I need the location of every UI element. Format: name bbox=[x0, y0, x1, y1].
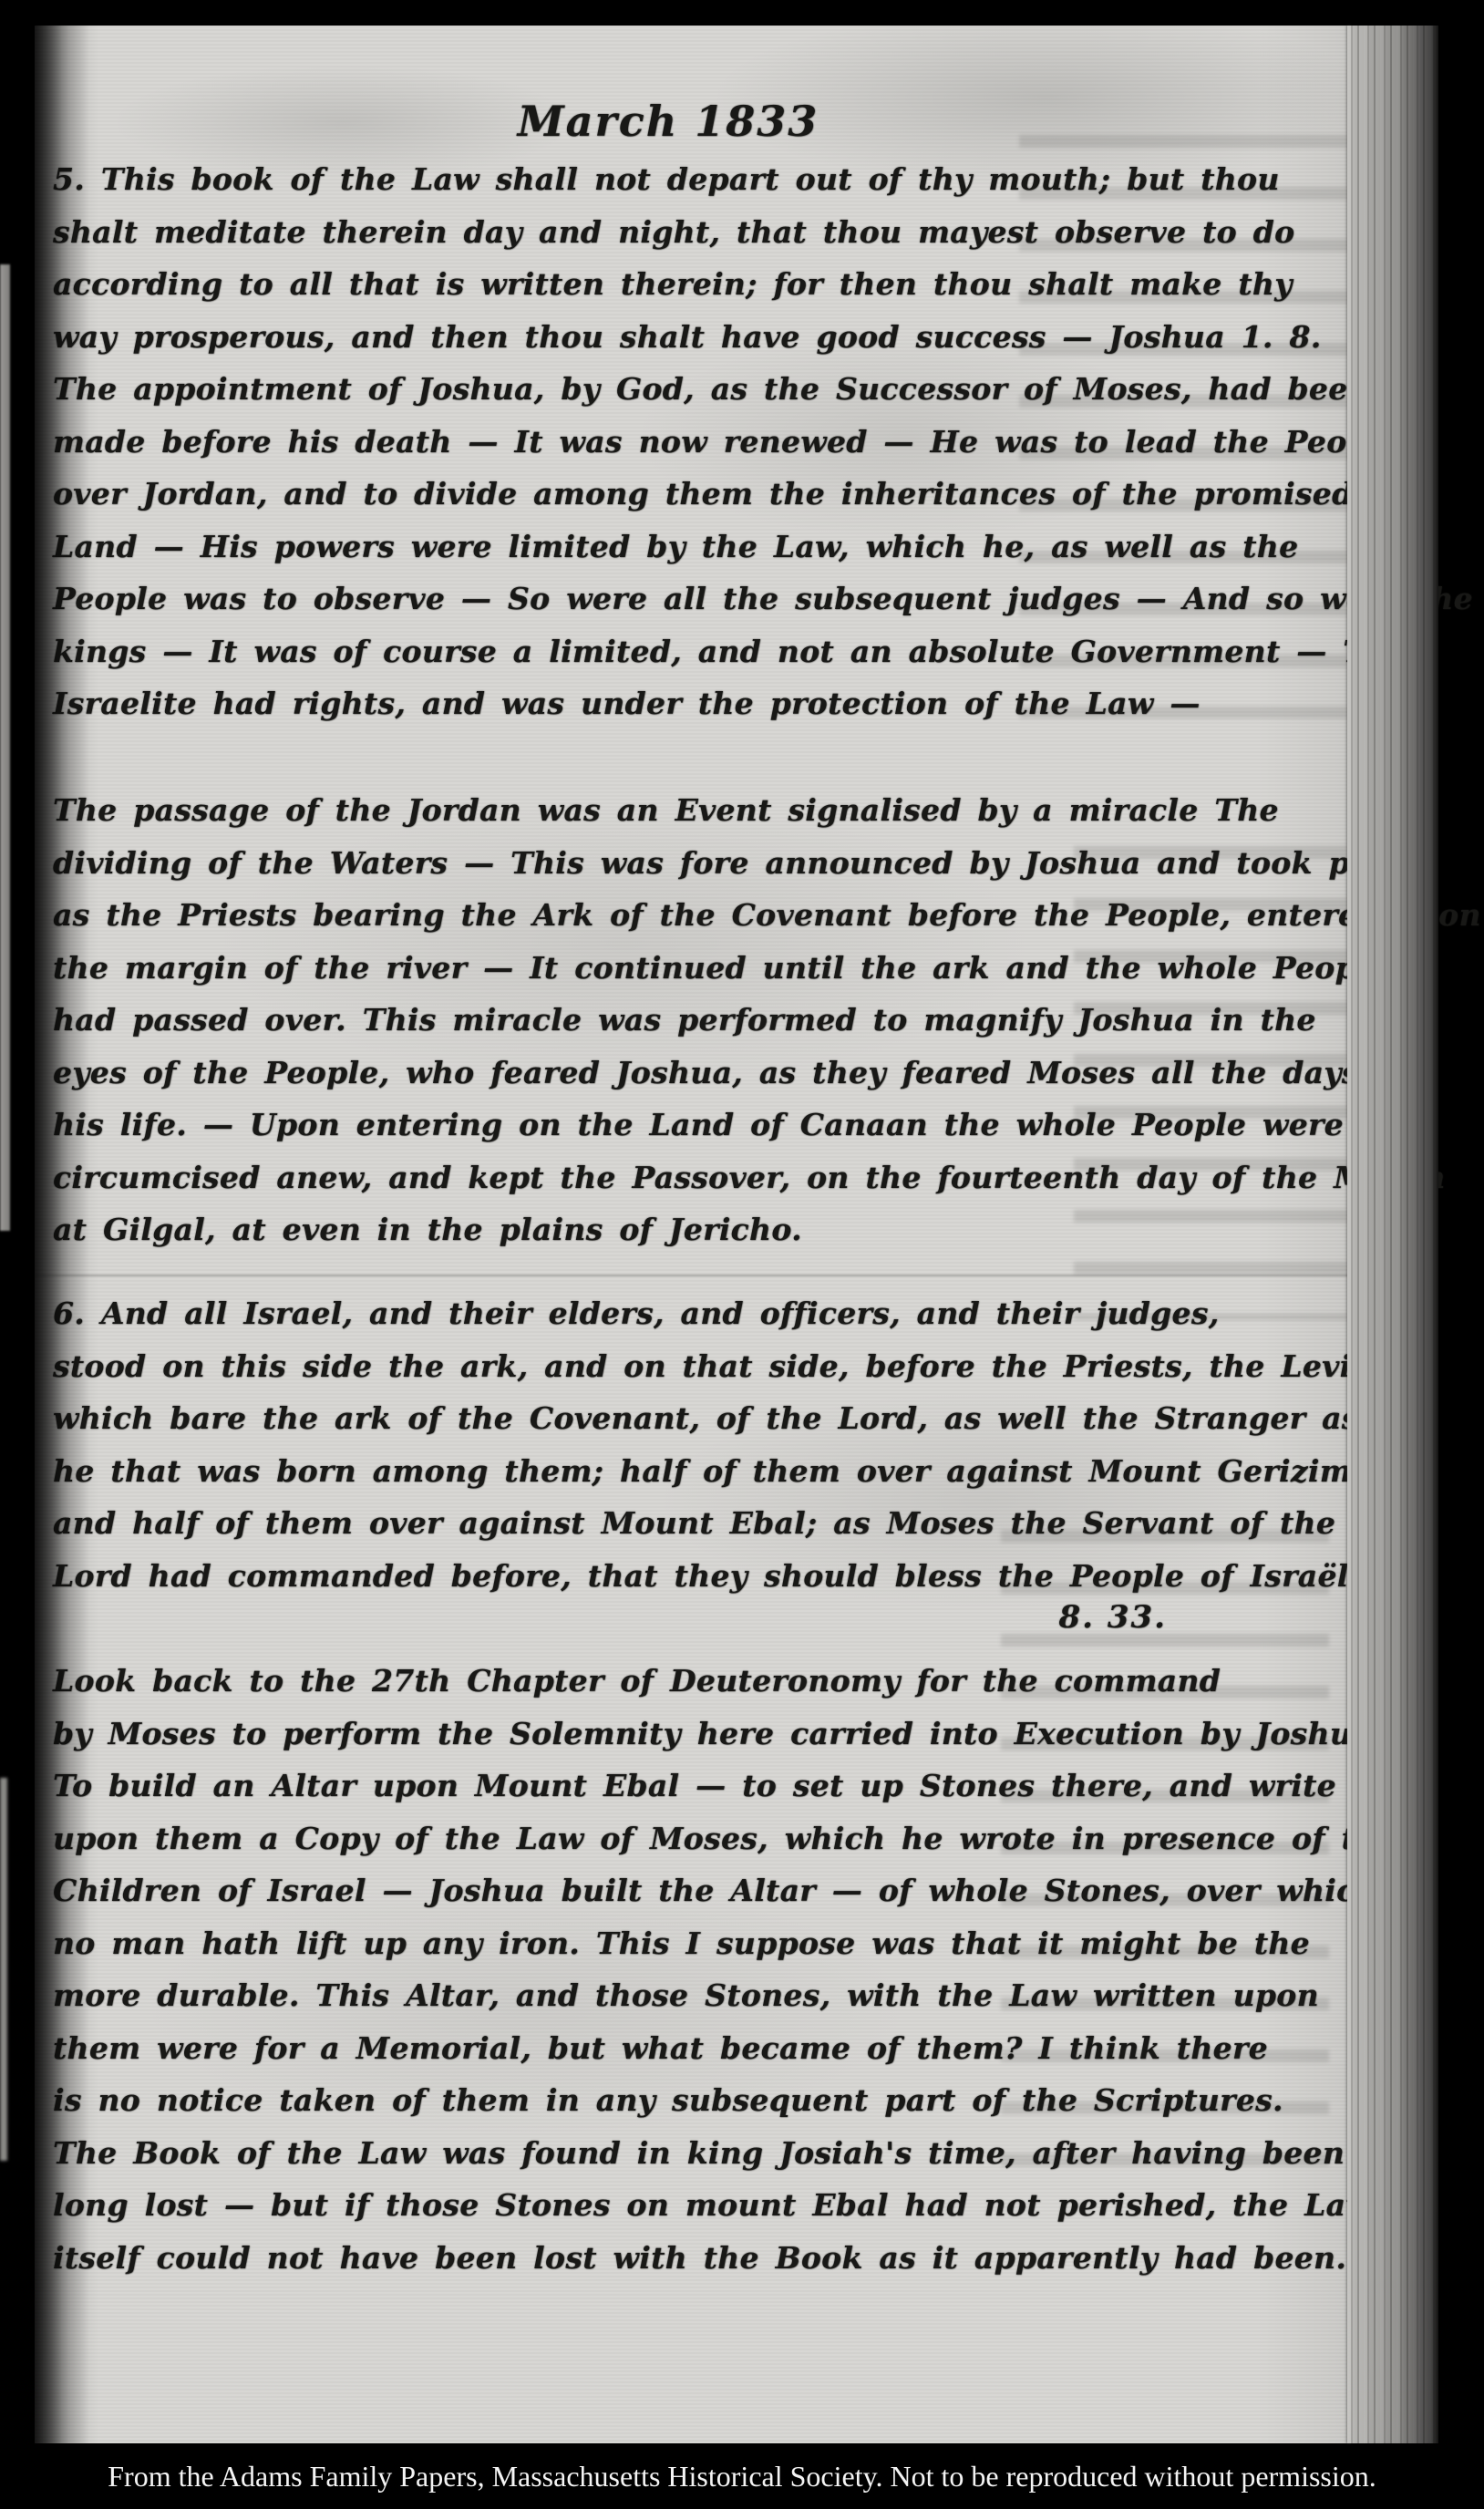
facing-page-edge bbox=[0, 264, 10, 1231]
manuscript-line: 6. And all Israel, and their elders, and… bbox=[53, 1287, 1375, 1340]
verse-5-block: 5. This book of the Law shall not depart… bbox=[53, 153, 1375, 730]
manuscript-line: as the Priests bearing the Ark of the Co… bbox=[53, 889, 1375, 942]
page-edge-stack bbox=[1347, 26, 1438, 2443]
manuscript-line: more durable. This Altar, and those Ston… bbox=[53, 1969, 1375, 2022]
manuscript-line: upon them a Copy of the Law of Moses, wh… bbox=[53, 1812, 1375, 1865]
jordan-passage-block: The passage of the Jordan was an Event s… bbox=[53, 784, 1375, 1256]
manuscript-line: long lost — but if those Stones on mount… bbox=[53, 2179, 1375, 2232]
manuscript-line: shalt meditate therein day and night, th… bbox=[53, 206, 1375, 259]
verse-6-block: 6. And all Israel, and their elders, and… bbox=[53, 1287, 1375, 1602]
manuscript-line: eyes of the People, who feared Joshua, a… bbox=[53, 1047, 1375, 1100]
facing-page-edge bbox=[0, 1778, 7, 2161]
manuscript-line: 5. This book of the Law shall not depart… bbox=[53, 153, 1375, 206]
manuscript-line: Look back to the 27th Chapter of Deutero… bbox=[53, 1655, 1375, 1708]
manuscript-line: which bare the ark of the Covenant, of t… bbox=[53, 1392, 1375, 1445]
manuscript-line: and half of them over against Mount Ebal… bbox=[53, 1497, 1375, 1550]
manuscript-line: over Jordan, and to divide among them th… bbox=[53, 468, 1375, 521]
citation-8-33: 8. 33. bbox=[1059, 1599, 1167, 1636]
manuscript-line: The passage of the Jordan was an Event s… bbox=[53, 784, 1375, 837]
manuscript-line: according to all that is written therein… bbox=[53, 258, 1375, 311]
manuscript-line: itself could not have been lost with the… bbox=[53, 2232, 1375, 2285]
fold-crease bbox=[35, 1274, 1438, 1277]
manuscript-line: no man hath lift up any iron. This I sup… bbox=[53, 1917, 1375, 1970]
manuscript-line: he that was born among them; half of the… bbox=[53, 1445, 1375, 1498]
manuscript-line: made before his death — It was now renew… bbox=[53, 416, 1375, 469]
manuscript-line: stood on this side the ark, and on that … bbox=[53, 1340, 1375, 1393]
manuscript-line: them were for a Memorial, but what becam… bbox=[53, 2022, 1375, 2075]
manuscript-line: way prosperous, and then thou shalt have… bbox=[53, 311, 1375, 364]
manuscript-line: circumcised anew, and kept the Passover,… bbox=[53, 1151, 1375, 1204]
manuscript-line: dividing of the Waters — This was fore a… bbox=[53, 837, 1375, 890]
manuscript-line: The appointment of Joshua, by God, as th… bbox=[53, 363, 1375, 416]
manuscript-page: March 1833 5. This book of the Law shall… bbox=[35, 26, 1438, 2443]
commentary-block: Look back to the 27th Chapter of Deutero… bbox=[53, 1655, 1375, 2284]
gutter-shadow bbox=[35, 26, 89, 2443]
manuscript-line: Lord had commanded before, that they sho… bbox=[53, 1550, 1375, 1603]
scanned-manuscript: March 1833 5. This book of the Law shall… bbox=[0, 0, 1484, 2509]
bottom-caption: From the Adams Family Papers, Massachuse… bbox=[0, 2460, 1484, 2494]
manuscript-line: kings — It was of course a limited, and … bbox=[53, 625, 1375, 678]
page-title: March 1833 bbox=[35, 97, 1302, 146]
manuscript-line: Children of Israel — Joshua built the Al… bbox=[53, 1864, 1375, 1917]
manuscript-line: by Moses to perform the Solemnity here c… bbox=[53, 1708, 1375, 1760]
manuscript-line: his life. — Upon entering on the Land of… bbox=[53, 1099, 1375, 1151]
manuscript-line: at Gilgal, at even in the plains of Jeri… bbox=[53, 1203, 1375, 1256]
manuscript-line: To build an Altar upon Mount Ebal — to s… bbox=[53, 1760, 1375, 1812]
manuscript-line: Land — His powers were limited by the La… bbox=[53, 521, 1375, 573]
manuscript-line: the margin of the river — It continued u… bbox=[53, 942, 1375, 995]
manuscript-line: The Book of the Law was found in king Jo… bbox=[53, 2127, 1375, 2180]
manuscript-line: People was to observe — So were all the … bbox=[53, 573, 1375, 625]
manuscript-line: is no notice taken of them in any subseq… bbox=[53, 2074, 1375, 2127]
manuscript-line: Israelite had rights, and was under the … bbox=[53, 677, 1375, 730]
manuscript-line: had passed over. This miracle was perfor… bbox=[53, 994, 1375, 1047]
